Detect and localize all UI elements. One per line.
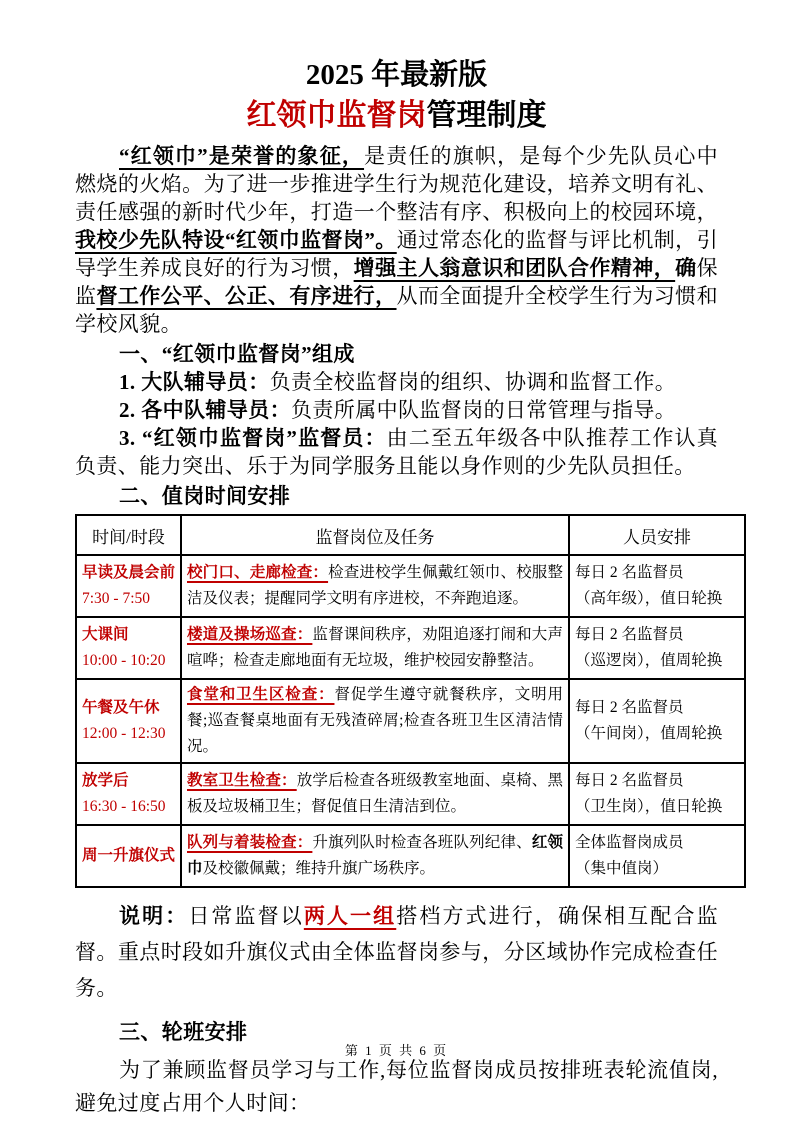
cell-task: 教室卫生检查：放学后检查各班级教室地面、桌椅、黑板及垃圾桶卫生；督促值日生清洁到… bbox=[181, 763, 569, 825]
intro-paragraph: “红领巾”是荣誉的象征，是责任的旗帜，是每个少先队员心中燃烧的火焰。为了进一步推… bbox=[75, 142, 718, 338]
cell-staff: 每日 2 名监督员 （巡逻岗），值周轮换 bbox=[569, 617, 745, 679]
time-range-label: 10:00 - 10:20 bbox=[82, 648, 178, 674]
table-row-afterschool: 放学后 16:30 - 16:50 教室卫生检查：放学后检查各班级教室地面、桌椅… bbox=[76, 763, 745, 825]
text-segment: 3. “红领巾监督岗”监督员： bbox=[119, 426, 387, 450]
text-segment: 督工作公平、公正、有序进行， bbox=[96, 284, 396, 308]
table-header-row: 时间/时段 监督岗位及任务 人员安排 bbox=[76, 515, 745, 555]
section-1-item-3: 3. “红领巾监督岗”监督员：由二至五年级各中队推荐工作认真负责、能力突出、乐于… bbox=[75, 424, 718, 480]
text-segment: 我校少先队特设“红领巾监督岗”。 bbox=[75, 228, 397, 252]
text-segment: 确 bbox=[675, 256, 696, 280]
cell-time-period: 早读及晨会前 7:30 - 7:50 bbox=[76, 555, 181, 617]
staff-count: 每日 2 名监督员 bbox=[575, 560, 741, 586]
page-number-footer: 第 1 页 共 6 页 bbox=[0, 1040, 793, 1059]
cell-task: 食堂和卫生区检查：督促学生遵守就餐秩序，文明用餐;巡查餐桌地面有无残渣碎屑;检查… bbox=[181, 679, 569, 763]
cell-staff: 每日 2 名监督员 （高年级），值日轮换 bbox=[569, 555, 745, 617]
time-range-label: 12:00 - 12:30 bbox=[82, 721, 178, 747]
doc-page: 2025 年最新版 红领巾监督岗管理制度 “红领巾”是荣誉的象征，是责任的旗帜，… bbox=[0, 0, 793, 1122]
time-range-label: 16:30 - 16:50 bbox=[82, 794, 178, 820]
text-segment: 负责所属中队监督岗的日常管理与指导。 bbox=[291, 398, 676, 422]
staff-count: 每日 2 名监督员 bbox=[575, 622, 741, 648]
text-segment: 楼道及操场巡查： bbox=[187, 626, 312, 643]
text-segment: “红领巾”是荣誉的象征， bbox=[119, 144, 364, 168]
text-segment: 1. 大队辅导员： bbox=[119, 370, 270, 394]
time-period-label: 午餐及午休 bbox=[82, 695, 178, 721]
section-3-paragraph: 为了兼顾监督员学习与工作,每位监督岗成员按排班表轮流值岗,避免过度占用个人时间： bbox=[75, 1054, 718, 1120]
time-range-label: 7:30 - 7:50 bbox=[82, 586, 178, 612]
section-1-item-1: 1. 大队辅导员：负责全校监督岗的组织、协调和监督工作。 bbox=[75, 368, 718, 396]
text-segment: 两人一组 bbox=[304, 904, 396, 928]
doc-title-main: 红领巾监督岗管理制度 bbox=[75, 94, 718, 138]
cell-time-period: 大课间 10:00 - 10:20 bbox=[76, 617, 181, 679]
table-header-staff: 人员安排 bbox=[569, 515, 745, 555]
table-row-lunch: 午餐及午休 12:00 - 12:30 食堂和卫生区检查：督促学生遵守就餐秩序，… bbox=[76, 679, 745, 763]
table-row-break: 大课间 10:00 - 10:20 楼道及操场巡查：监督课间秩序，劝阻追逐打闹和… bbox=[76, 617, 745, 679]
cell-staff: 每日 2 名监督员 （午间岗），值周轮换 bbox=[569, 679, 745, 763]
cell-time-period: 放学后 16:30 - 16:50 bbox=[76, 763, 181, 825]
text-segment: 升旗列队时检查各班队列纪律、 bbox=[312, 834, 531, 851]
text-segment: 食堂和卫生区检查： bbox=[187, 686, 334, 703]
cell-task: 楼道及操场巡查：监督课间秩序，劝阻追逐打闹和大声喧哗；检查走廊地面有无垃圾，维护… bbox=[181, 617, 569, 679]
table-header-time: 时间/时段 bbox=[76, 515, 181, 555]
section-1-heading: 一、“红领巾监督岗”组成 bbox=[75, 340, 718, 368]
time-period-label: 早读及晨会前 bbox=[82, 560, 178, 586]
text-segment: 教室卫生检查： bbox=[187, 772, 297, 789]
staff-note: （巡逻岗），值周轮换 bbox=[575, 648, 741, 674]
staff-note: （高年级），值日轮换 bbox=[575, 586, 741, 612]
duty-schedule-table: 时间/时段 监督岗位及任务 人员安排 早读及晨会前 7:30 - 7:50 校门… bbox=[75, 514, 746, 888]
text-segment: 增强主人翁意识和团队合作精神， bbox=[354, 256, 676, 280]
text-segment: 队列与着装检查： bbox=[187, 834, 312, 851]
note-paragraph: 说明：日常监督以两人一组搭档方式进行，确保相互配合监督。重点时段如升旗仪式由全体… bbox=[75, 898, 718, 1006]
text-segment: 校门口、走廊检查： bbox=[187, 564, 328, 581]
doc-title-rest: 管理制度 bbox=[427, 99, 547, 132]
cell-time-period: 周一升旗仪式 bbox=[76, 825, 181, 887]
staff-count: 每日 2 名监督员 bbox=[575, 768, 741, 794]
cell-task: 队列与着装检查：升旗列队时检查各班队列纪律、红领巾及校徽佩戴；维持升旗广场秩序。 bbox=[181, 825, 569, 887]
cell-staff: 每日 2 名监督员 （卫生岗），值日轮换 bbox=[569, 763, 745, 825]
text-segment: 2. 各中队辅导员： bbox=[119, 398, 291, 422]
table-row-flag-ceremony: 周一升旗仪式 队列与着装检查：升旗列队时检查各班队列纪律、红领巾及校徽佩戴；维持… bbox=[76, 825, 745, 887]
staff-note: （集中值岗） bbox=[575, 856, 741, 882]
time-period-label: 放学后 bbox=[82, 768, 178, 794]
doc-title-highlight: 红领巾监督岗 bbox=[247, 99, 427, 132]
staff-note: （午间岗），值周轮换 bbox=[575, 721, 741, 747]
table-row-morning: 早读及晨会前 7:30 - 7:50 校门口、走廊检查：检查进校学生佩戴红领巾、… bbox=[76, 555, 745, 617]
staff-count: 每日 2 名监督员 bbox=[575, 695, 741, 721]
table-header-task: 监督岗位及任务 bbox=[181, 515, 569, 555]
cell-staff: 全体监督岗成员 （集中值岗） bbox=[569, 825, 745, 887]
text-segment: 说明： bbox=[119, 904, 188, 928]
section-1-item-2: 2. 各中队辅导员：负责所属中队监督岗的日常管理与指导。 bbox=[75, 396, 718, 424]
time-period-label: 周一升旗仪式 bbox=[82, 843, 178, 869]
text-segment: 及校徽佩戴；维持升旗广场秩序。 bbox=[203, 860, 436, 877]
text-segment: 日常监督以 bbox=[188, 904, 304, 928]
time-period-label: 大课间 bbox=[82, 622, 178, 648]
staff-count: 全体监督岗成员 bbox=[575, 830, 741, 856]
section-2-heading: 二、值岗时间安排 bbox=[75, 482, 718, 510]
text-segment: 负责全校监督岗的组织、协调和监督工作。 bbox=[270, 370, 677, 394]
cell-task: 校门口、走廊检查：检查进校学生佩戴红领巾、校服整洁及仪表；提醒同学文明有序进校，… bbox=[181, 555, 569, 617]
cell-time-period: 午餐及午休 12:00 - 12:30 bbox=[76, 679, 181, 763]
staff-note: （卫生岗），值日轮换 bbox=[575, 794, 741, 820]
doc-title-year: 2025 年最新版 bbox=[75, 56, 718, 94]
